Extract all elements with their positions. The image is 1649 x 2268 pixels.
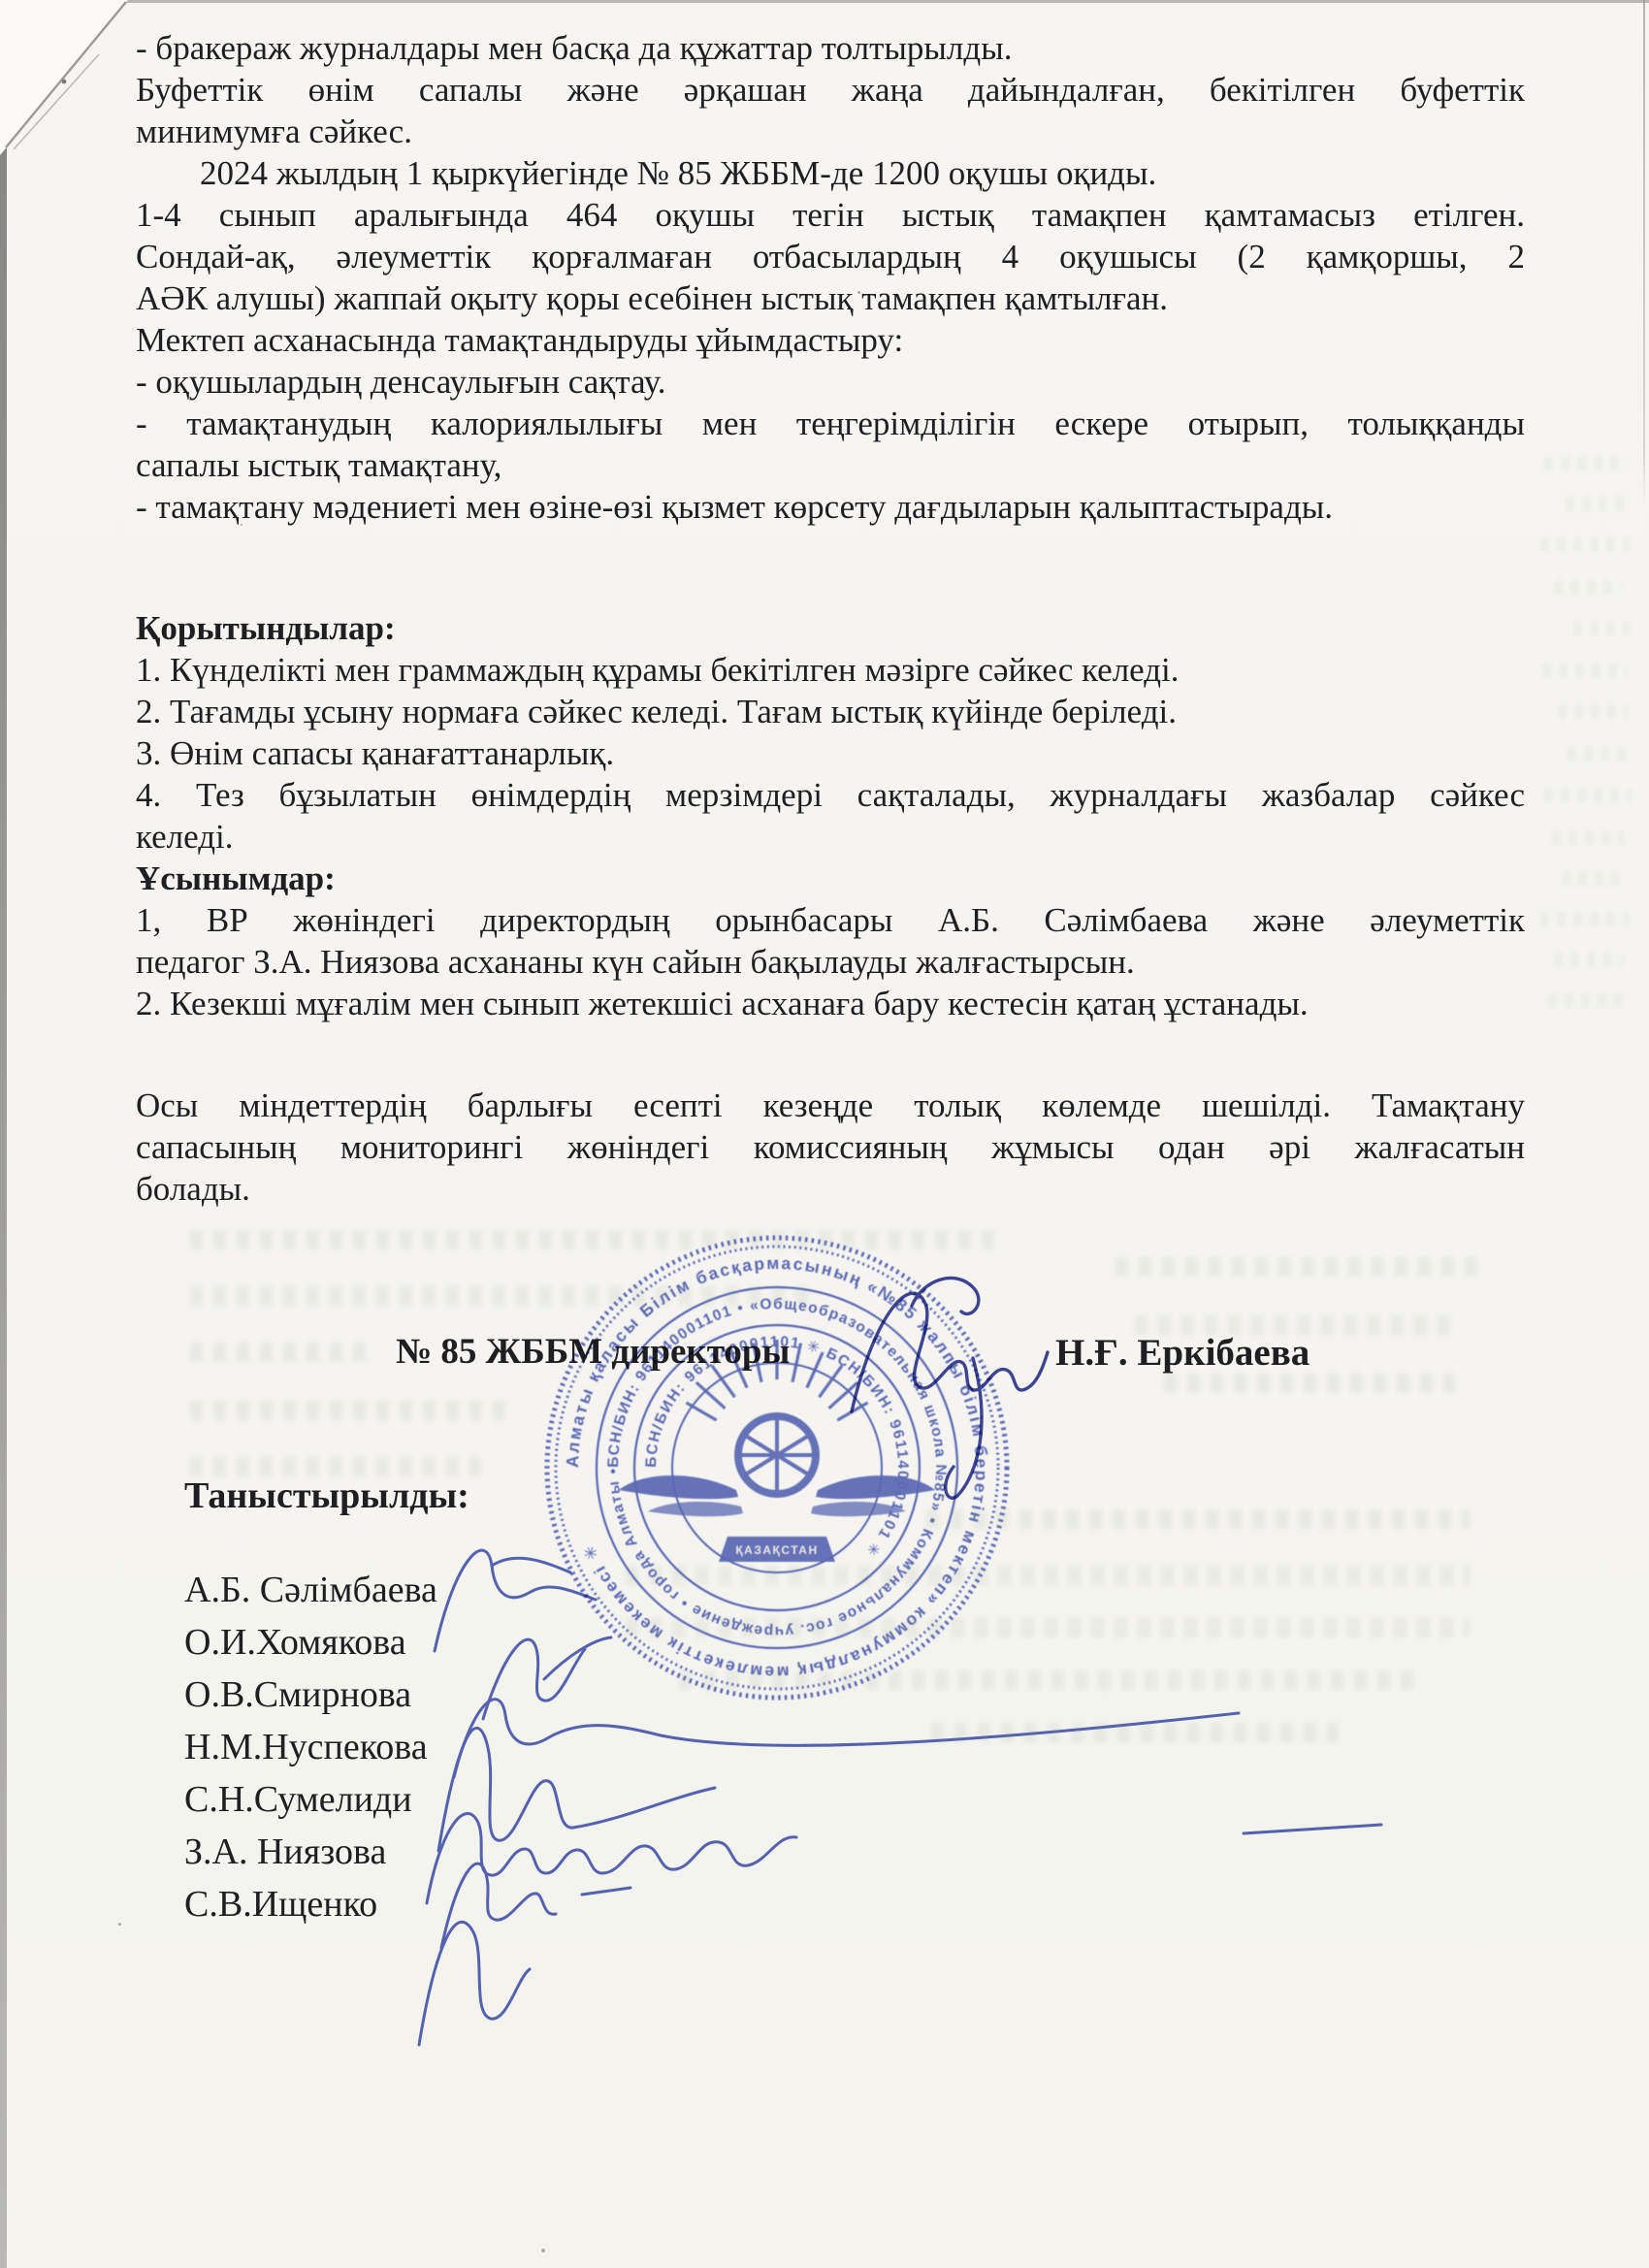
body-line: педагог З.А. Ниязова асхананы күн сайын …	[136, 941, 1525, 983]
body-line: сапалы ыстық тамақтану,	[136, 444, 1525, 486]
margin-bleed-artifact	[1562, 871, 1624, 886]
body-line: - бракераж журналдары мен басқа да құжат…	[136, 27, 1525, 69]
body-line: 1. Күнделікті мен граммаждың құрамы бекі…	[136, 649, 1525, 691]
acknowledged-name: С.В.Ищенко	[184, 1878, 437, 1930]
margin-bleed-artifact	[1568, 747, 1626, 761]
margin-bleed-artifact	[1544, 788, 1632, 802]
body-line: сапасының мониторингі жөніндегі комиссия…	[136, 1126, 1525, 1168]
acknowledged-name: А.Б. Сәлімбаева	[184, 1564, 437, 1616]
scan-top-edge	[0, 0, 1649, 3]
bleed-through-artifact	[1164, 1374, 1455, 1393]
body-line: - тамақтану мәдениеті мен өзіне-өзі қызм…	[136, 486, 1525, 528]
margin-bleed-artifact	[1554, 580, 1622, 595]
body-line: Мектеп асханасында тамақтандыруды ұйымда…	[136, 319, 1525, 361]
body-line: Осы міндеттердің барлығы есепті кезеңде …	[136, 1085, 1525, 1126]
body-line: 4. Тез бұзылатын өнімдердің мерзімдері с…	[136, 774, 1525, 816]
body-line: 1-4 сынып аралығында 464 оқушы тегін ыст…	[136, 194, 1525, 236]
body-line: Буфеттік өнім сапалы және әрқашан жаңа д…	[136, 69, 1525, 111]
bleed-through-artifact	[931, 1723, 1339, 1742]
margin-bleed-artifact	[1548, 993, 1626, 1008]
bleed-through-artifact	[626, 1618, 1470, 1637]
bleed-through-artifact	[190, 1457, 481, 1476]
scanned-document-page: - бракераж журналдары мен басқа да құжат…	[0, 0, 1649, 2268]
margin-bleed-artifact	[1542, 664, 1628, 678]
acknowledged-names: А.Б. Сәлімбаева О.И.Хомякова О.В.Смирнов…	[184, 1564, 437, 1930]
margin-bleed-artifact	[1540, 537, 1630, 552]
acknowledged-name: С.Н.Сумелиди	[184, 1773, 437, 1826]
recommendations-heading: Ұсынымдар:	[136, 858, 1525, 899]
stamp-center-label: ҚАЗАҚСТАН	[735, 1543, 818, 1557]
conclusions-heading: Қорытындылар:	[136, 607, 1525, 649]
bleed-through-artifact	[190, 1230, 995, 1249]
dust-speck	[118, 1923, 121, 1926]
margin-bleed-artifact	[1558, 704, 1628, 719]
dust-speck	[241, 524, 242, 526]
paragraph-gap	[136, 1024, 1525, 1085]
margin-bleed-artifact	[1552, 830, 1624, 845]
bleed-through-artifact	[190, 1343, 374, 1362]
bleed-through-artifact	[190, 1401, 510, 1420]
bleed-through-artifact	[679, 1670, 1416, 1690]
body-line: - тамақтанудың калориялылығы мен теңгері…	[136, 403, 1525, 444]
body-line: 3. Өнім сапасы қанағаттанарлық.	[136, 732, 1525, 774]
dust-speck	[857, 291, 860, 294]
bleed-through-artifact	[190, 1286, 811, 1306]
margin-bleed-artifact	[1566, 497, 1628, 511]
bleed-through-artifact	[1135, 1315, 1455, 1335]
bleed-through-artifact	[926, 1509, 1470, 1529]
body-line: минимумға сәйкес.	[136, 111, 1525, 152]
bleed-through-artifact	[1115, 1257, 1484, 1277]
margin-bleed-artifact	[1540, 912, 1630, 926]
body-line: - оқушылардың денсаулығын сақтау.	[136, 361, 1525, 403]
director-name: Н.Ғ. Еркібаева	[1055, 1331, 1309, 1375]
body-line: 1, ВР жөніндегі директордың орынбасары А…	[136, 899, 1525, 941]
body-line: Сондай-ақ, әлеуметтік қорғалмаған отбасы…	[136, 236, 1525, 277]
paragraph-gap	[136, 528, 1525, 607]
scan-left-edge	[0, 0, 7, 2268]
body-line: болады.	[136, 1168, 1525, 1210]
acknowledged-name: О.В.Смирнова	[184, 1669, 437, 1721]
acknowledged-name: З.А. Ниязова	[184, 1826, 437, 1878]
bleed-through-artifact	[626, 1566, 1470, 1585]
acknowledged-name: Н.М.Нуспекова	[184, 1721, 437, 1773]
scan-right-edge	[1643, 0, 1645, 504]
acknowledged-heading: Таныстырылды:	[184, 1474, 469, 1517]
document-body: - бракераж журналдары мен басқа да құжат…	[136, 27, 1525, 1210]
body-line: 2. Кезекші мұғалім мен сынып жетекшісі а…	[136, 983, 1525, 1024]
margin-bleed-artifact	[1573, 621, 1630, 635]
body-line: 2024 жылдың 1 қыркүйегінде № 85 ЖББМ-де …	[136, 152, 1525, 194]
dust-speck	[541, 2249, 545, 2252]
body-line: АӘК алушы) жаппай оқыту қоры есебінен ыс…	[136, 277, 1525, 319]
body-line: келеді.	[136, 816, 1525, 858]
margin-bleed-artifact	[1554, 953, 1624, 967]
body-line: 2. Тағамды ұсыну нормаға сәйкес келеді. …	[136, 691, 1525, 732]
margin-bleed-artifact	[1544, 456, 1628, 470]
acknowledged-name: О.И.Хомякова	[184, 1616, 437, 1669]
